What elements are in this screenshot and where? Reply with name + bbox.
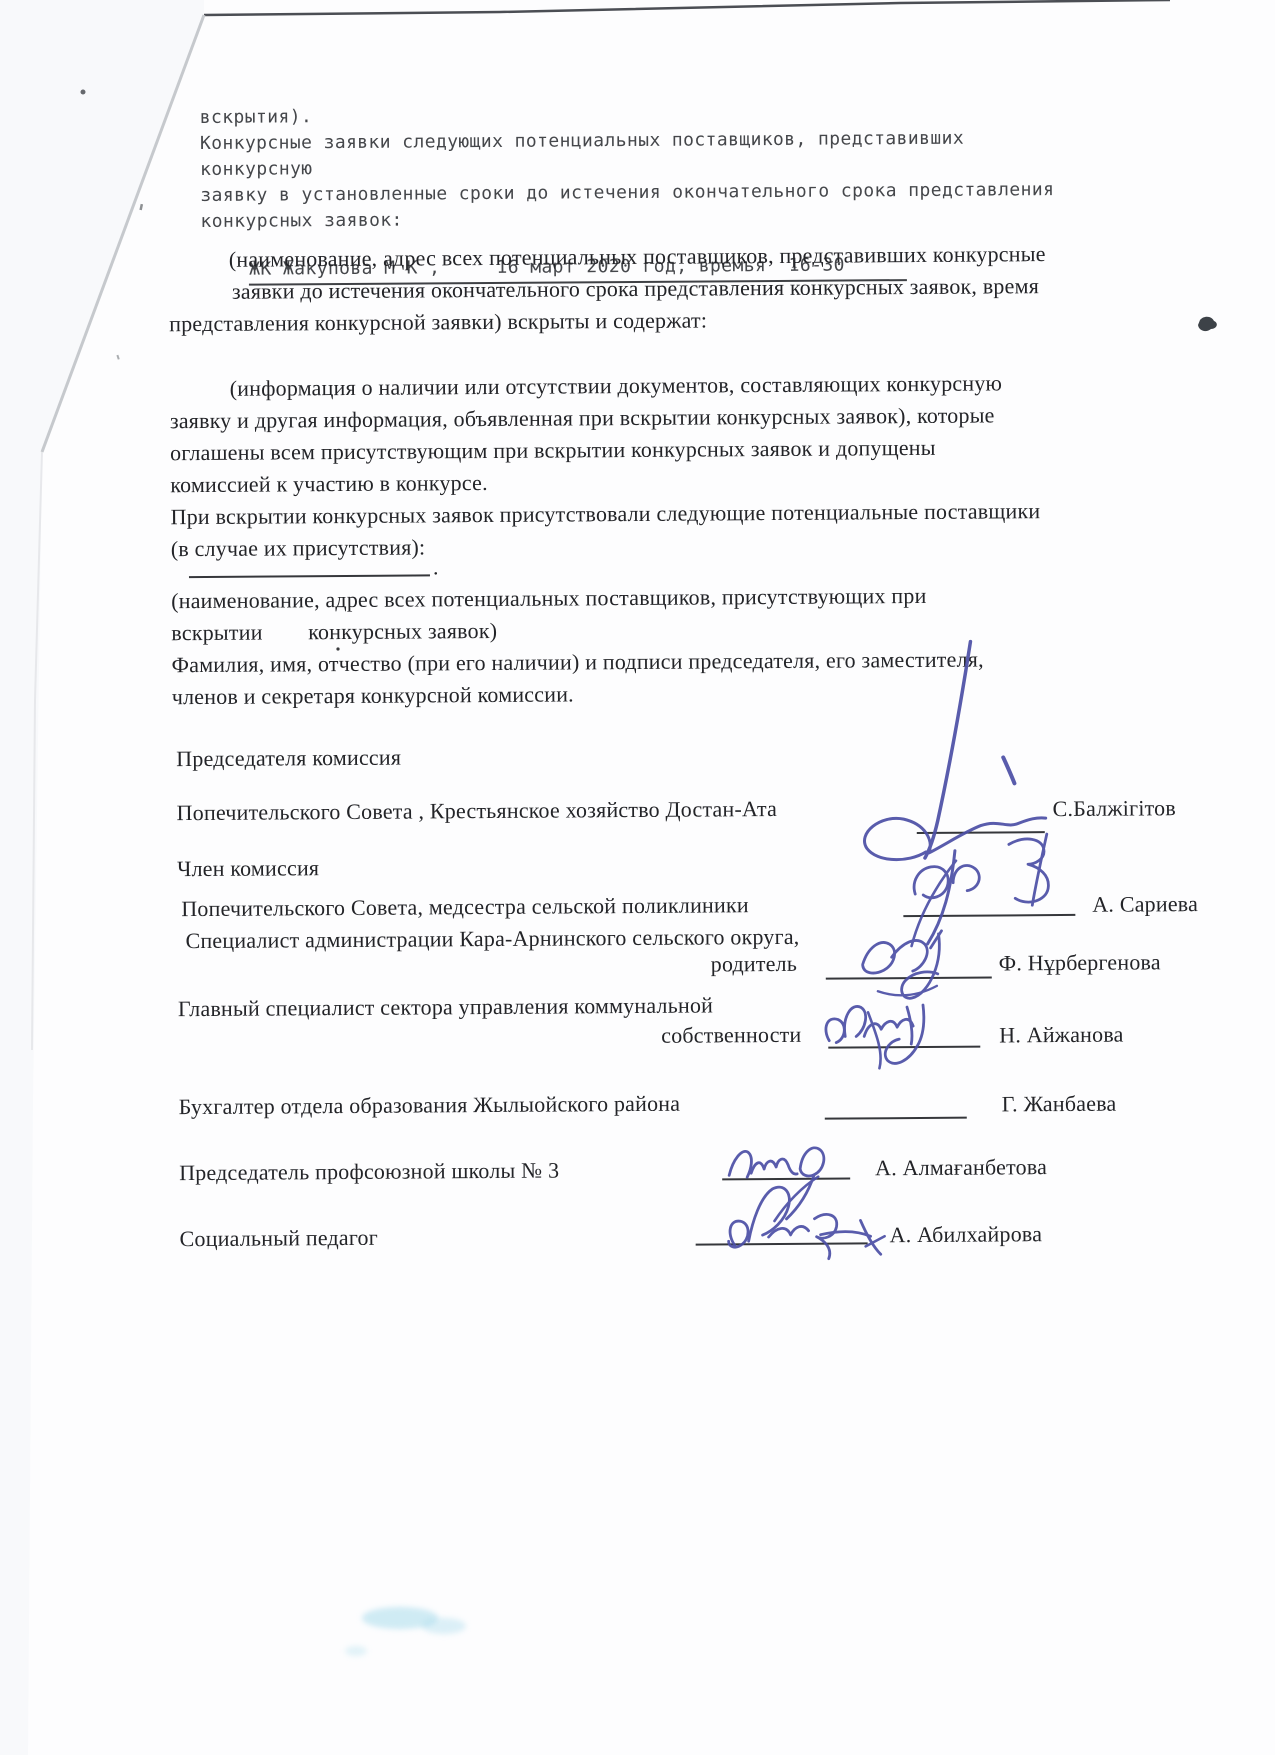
member2-role-cont: родитель [711, 951, 798, 978]
typewriter-line-2: Конкурсные заявки следующих потенциальны… [200, 128, 964, 154]
signature-abilkhairova [728, 1186, 884, 1259]
caption1-line-2: заявки до истечения окончательного срока… [232, 273, 1039, 305]
chair-name: С.Балжігітов [1053, 795, 1176, 822]
chair-signature-line [917, 831, 1045, 834]
member3-signature-line [828, 1046, 980, 1049]
document-content: вскрытия). Конкурсные заявки следующих п… [0, 0, 1275, 1755]
member2-role: Специалист администрации Кара-Арнинского… [185, 924, 799, 954]
member5-name: А. Алмағанбетова [875, 1154, 1047, 1181]
body-line-1: (информация о наличии или отсутствии док… [230, 370, 1003, 401]
typewriter-line-4: заявку в установленные сроки до истечени… [200, 179, 1054, 206]
member4-role: Бухгалтер отдела образования Жылыойского… [179, 1091, 681, 1121]
signature-aizhanova [826, 1005, 924, 1069]
body-line-3: оглашены всем присутствующим при вскрыти… [170, 435, 936, 466]
member-header: Член комиссия [177, 855, 319, 882]
member6-role: Социальный педагог [180, 1225, 379, 1252]
signature-balzhigitov [863, 641, 1046, 946]
scanned-document-page: вскрытия). Конкурсные заявки следующих п… [0, 0, 1275, 1755]
typewriter-line-3: конкурсную [200, 158, 313, 180]
signature-nurbergenova [862, 931, 941, 999]
blank-fill-period: . [433, 554, 439, 580]
caption2-line-1: (наименование, адрес всех потенциальных … [171, 583, 927, 614]
body-line-6: (в случае их присутствия): [171, 534, 426, 562]
body-line-5: При вскрытии конкурсных заявок присутств… [170, 498, 1040, 530]
caption1-line-1: (наименование, адрес всех потенциальных … [229, 241, 1046, 273]
member4-name: Г. Жанбаева [1002, 1091, 1117, 1118]
chair-header: Председателя комиссия [176, 745, 401, 773]
fio-line-2: членов и секретаря конкурсной комиссии. [172, 681, 574, 710]
member3-role-cont: собственности [661, 1022, 801, 1049]
member5-role: Председатель профсоюзной школы № 3 [179, 1158, 559, 1187]
body-line-4: комиссией к участию в конкурсе. [170, 470, 488, 498]
member4-signature-line [825, 1117, 967, 1120]
fio-line-1: Фамилия, имя, отчество (при его наличии)… [172, 647, 984, 679]
caption2-line-2: вскрытии конкурсных заявок) [171, 618, 497, 646]
member2-signature-line [826, 976, 992, 979]
member1-name: А. Сариева [1092, 891, 1198, 918]
member1-signature-line [903, 914, 1075, 917]
member3-name: Н. Айжанова [999, 1022, 1124, 1049]
typewriter-line-1: вскрытия). [200, 106, 313, 128]
caption1-line-3: представления конкурсной заявки) вскрыты… [169, 307, 707, 337]
member3-role: Главный специалист сектора управления ко… [178, 992, 713, 1022]
blank-fill-line [189, 574, 430, 578]
member2-name: Ф. Нұрбергенова [999, 949, 1161, 976]
signature-sarieva [914, 834, 1049, 906]
body-line-2: заявку и другая информация, объявленная … [170, 402, 995, 434]
member6-name: А. Абилхайрова [890, 1221, 1043, 1248]
member1-role: Попечительского Совета, медсестра сельск… [181, 892, 749, 922]
member5-signature-line [722, 1177, 850, 1180]
member6-signature-line [696, 1242, 868, 1245]
chair-role: Попечительского Совета , Крестьянское хо… [177, 796, 778, 826]
typewriter-line-5: конкурсных заявок: [200, 210, 402, 232]
signature-almaganbetova [729, 1148, 824, 1222]
